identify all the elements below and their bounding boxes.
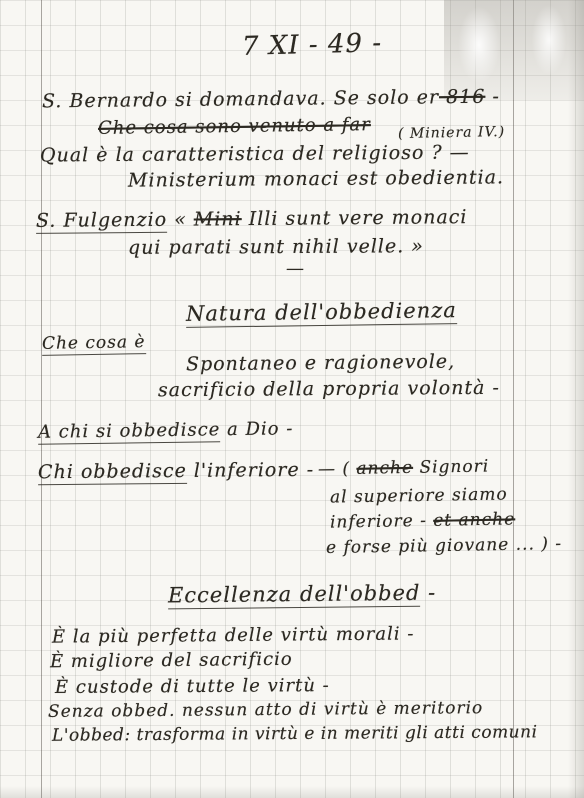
note-line: S. Bernardo si domandava. Se solo er 816… [42,86,500,113]
underlined-label: A chi si obbedisce [38,419,221,445]
note-line-text: - [485,86,500,108]
paren-text: inferiore - [330,511,434,533]
note-line: Spontaneo e ragionevole, [186,351,455,376]
note-line: È migliore del sacrificio [50,649,293,673]
note-line: A chi si obbedisce a Dio - [38,418,294,443]
section-heading-text: Natura dell'obbedienza [186,298,457,328]
scanned-notebook-page: 7 XI - 49 - S. Bernardo si domandava. Se… [0,0,584,798]
underlined-label: Chi obbedisce [38,460,187,485]
left-margin-rule [41,0,42,798]
note-line-text: « [167,209,194,231]
note-line: È custode di tutte le virtù - [55,675,330,698]
note-line: L'obbed: trasforma in virtù e in meriti … [52,722,538,745]
note-line: qui parati sunt nihil velle. » [128,235,424,259]
note-line-text: Illi sunt vere monaci [242,206,468,230]
section-heading: Eccellenza dell'obbed - [168,581,436,608]
paren-line: al superiore siamo [330,484,508,507]
section-heading-dash: - [420,581,436,605]
reference-note: ( Miniera IV.) [398,124,505,142]
note-line: Senza obbed. nessun atto di virtù è meri… [48,698,483,722]
note-line: S. Fulgenzio « Mini Illi sunt vere monac… [36,206,468,232]
section-heading-text: Eccellenza dell'obbed [168,581,421,610]
note-line: Chi obbedisce l'inferiore - [38,459,314,483]
scan-edge-bottom [0,786,584,798]
note-line-text: l'inferiore - [187,459,315,482]
paren-line: e forse più giovane ... ) - [326,534,562,558]
struck-text: Mini [194,208,242,230]
struck-text: 816 [439,86,486,108]
date-heading: 7 XI - 49 - [242,28,383,62]
paren-line: inferiore - et anche [330,509,516,532]
struck-line: Che cosa sono venuto a far [98,114,371,139]
underlined-label: S. Fulgenzio [36,209,167,234]
struck-text: et anche [433,509,515,530]
paren-text: Signori [413,457,489,478]
section-heading: Natura dell'obbedienza [186,298,457,326]
paren-line: — ( anche Signori [318,457,490,480]
divider-dash: — [286,258,305,279]
note-line: È la più perfetta delle virtù morali - [52,623,415,647]
struck-text: anche [356,458,413,479]
note-line: Ministerium monaci est obedientia. [128,166,504,191]
margin-label: Che cosa è [42,332,146,354]
note-line-text: a Dio - [220,418,293,440]
note-line: sacrificio della propria volontà - [158,377,500,401]
note-line: Qual è la caratteristica del religioso ?… [40,142,470,167]
scan-edge-right [568,0,584,798]
margin-label-text: Che cosa è [42,332,146,356]
paren-text: — ( [318,459,357,480]
right-margin-rule [513,0,514,798]
note-line-text: S. Bernardo si domandava. Se solo er [42,86,439,112]
